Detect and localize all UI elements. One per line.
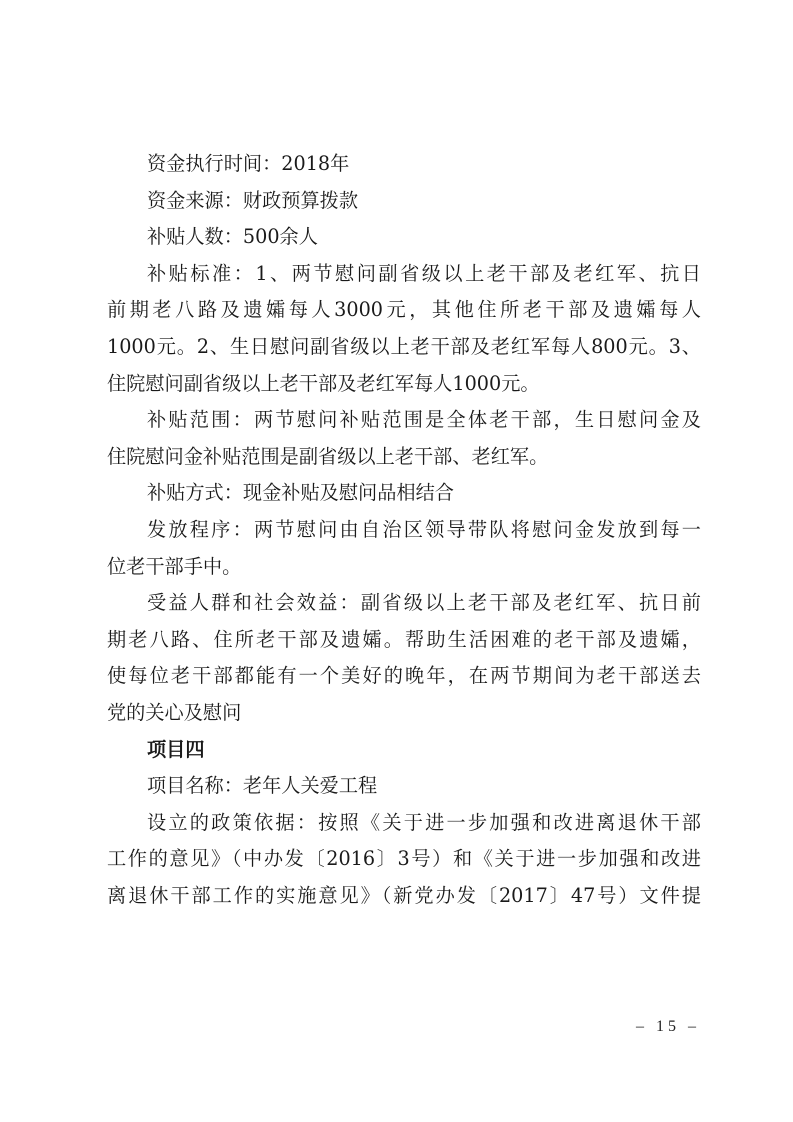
text-line-subsidy-standard-4: 住院慰问副省级以上老干部及老红军每人1000元。	[107, 366, 701, 403]
text-line-subsidy-scope-1: 补贴范围：两节慰问补贴范围是全体老干部，生日慰问金及	[107, 402, 701, 439]
text-line-policy-basis-3: 离退休干部工作的实施意见》（新党办发〔2017〕47号）文件提	[107, 878, 701, 915]
text-line-distribution-1: 发放程序：两节慰问由自治区领导带队将慰问金发放到每一	[107, 512, 701, 549]
text-line-beneficiaries-2: 期老八路、住所老干部及遗孀。帮助生活困难的老干部及遗孀，	[107, 622, 701, 659]
text-line-policy-basis-2: 工作的意见》（中办发〔2016〕3号）和《关于进一步加强和改进	[107, 841, 701, 878]
page-number: – 15 –	[636, 1018, 700, 1036]
text-line-subsidy-method: 补贴方式：现金补贴及慰问品相结合	[107, 475, 701, 512]
text-line-fund-period: 资金执行时间：2018年	[107, 146, 701, 183]
text-line-subsidy-count: 补贴人数：500余人	[107, 219, 701, 256]
document-body: 资金执行时间：2018年 资金来源：财政预算拨款 补贴人数：500余人 补贴标准…	[107, 146, 701, 914]
document-page: 资金执行时间：2018年 资金来源：财政预算拨款 补贴人数：500余人 补贴标准…	[0, 0, 793, 1122]
text-line-distribution-2: 位老干部手中。	[107, 549, 701, 586]
text-line-subsidy-scope-2: 住院慰问金补贴范围是副省级以上老干部、老红军。	[107, 439, 701, 476]
section-heading-project-four: 项目四	[107, 732, 701, 769]
text-line-subsidy-standard-2: 前期老八路及遗孀每人3000元，其他住所老干部及遗孀每人	[107, 292, 701, 329]
text-line-subsidy-standard-1: 补贴标准：1、两节慰问副省级以上老干部及老红军、抗日	[107, 256, 701, 293]
text-line-beneficiaries-4: 党的关心及慰问	[107, 695, 701, 732]
text-line-project-name: 项目名称：老年人关爱工程	[107, 768, 701, 805]
text-line-beneficiaries-1: 受益人群和社会效益：副省级以上老干部及老红军、抗日前	[107, 585, 701, 622]
text-line-subsidy-standard-3: 1000元。2、生日慰问副省级以上老干部及老红军每人800元。3、	[107, 329, 701, 366]
text-line-beneficiaries-3: 使每位老干部都能有一个美好的晚年，在两节期间为老干部送去	[107, 658, 701, 695]
text-line-fund-source: 资金来源：财政预算拨款	[107, 183, 701, 220]
text-line-policy-basis-1: 设立的政策依据：按照《关于进一步加强和改进离退休干部	[107, 805, 701, 842]
